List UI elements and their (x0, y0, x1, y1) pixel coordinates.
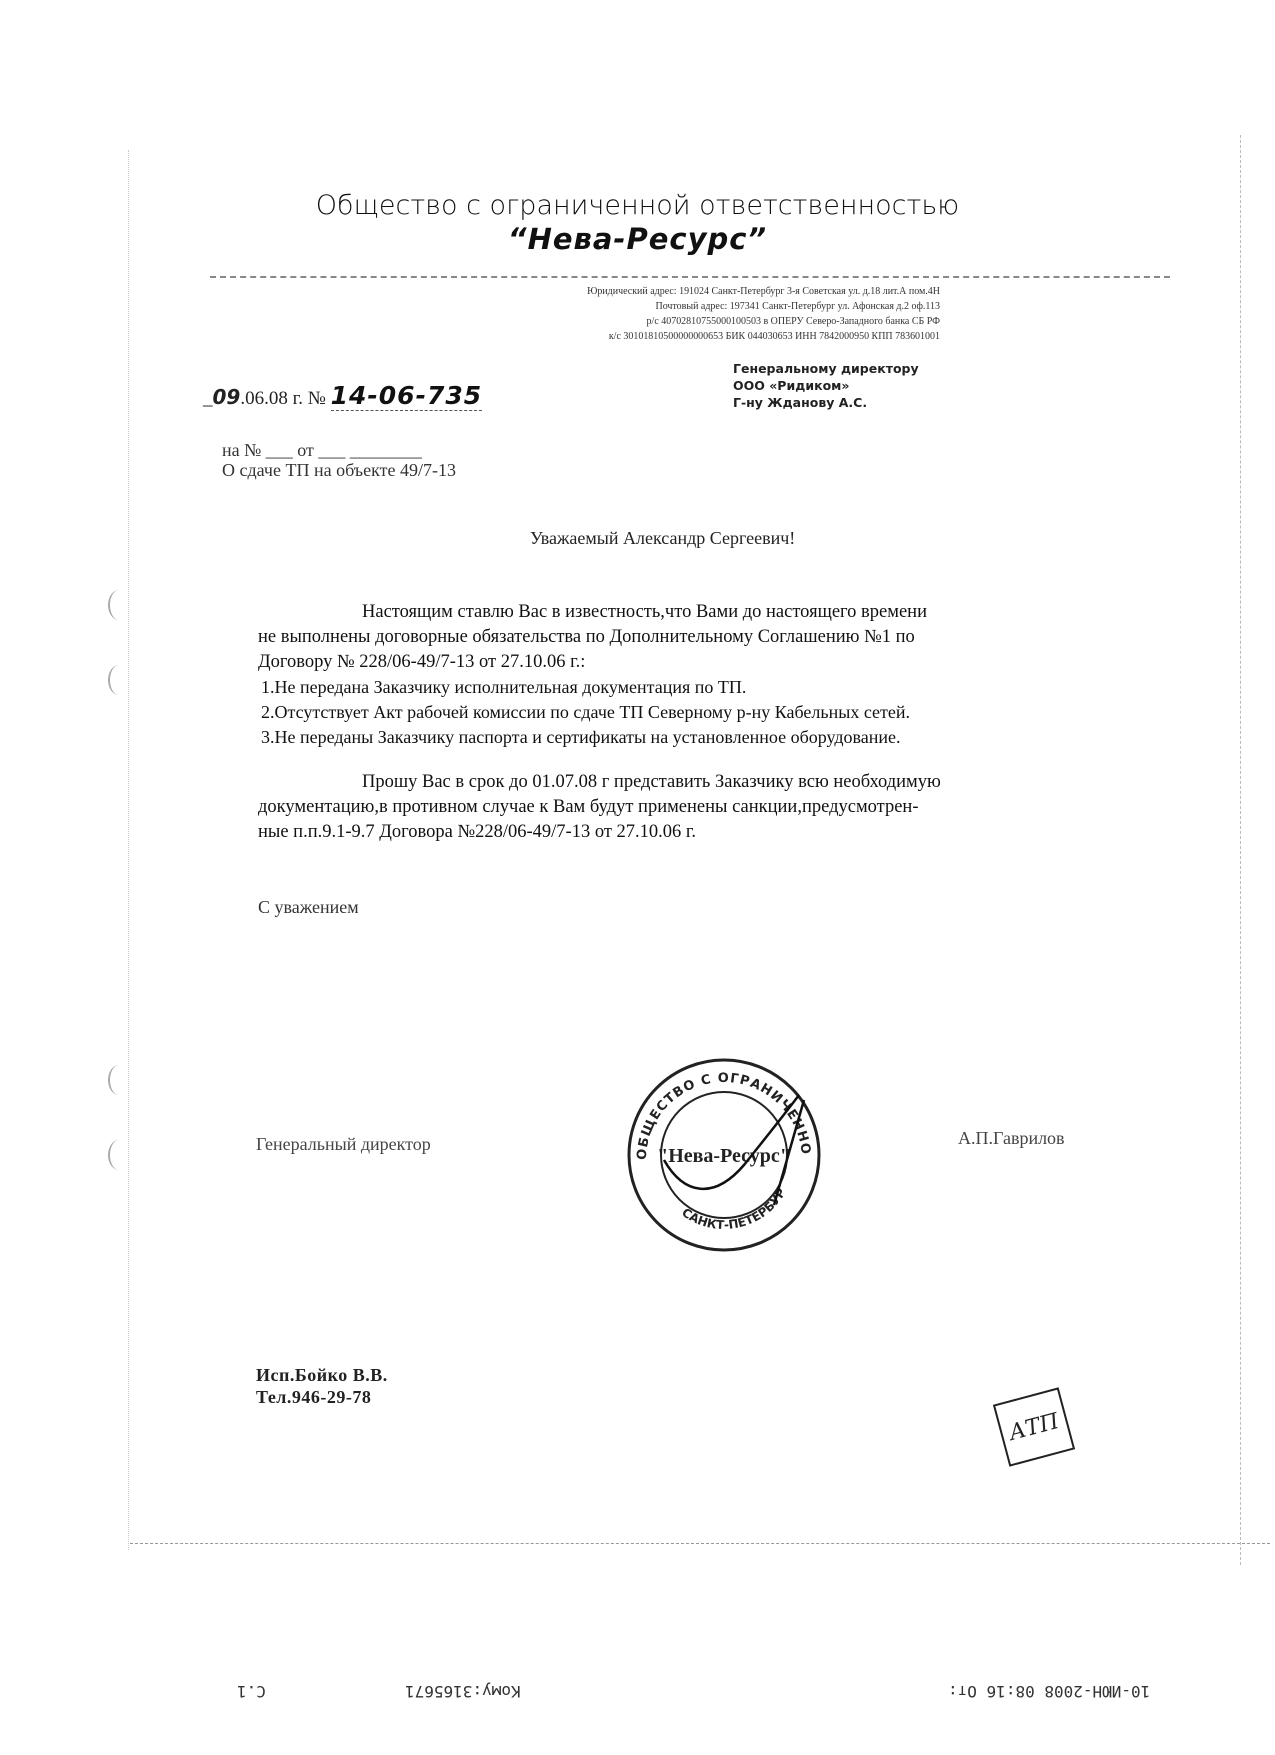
salutation: Уважаемый Александр Сергеевич! (530, 528, 795, 549)
paragraph-line: ные п.п.9.1-9.7 Договора №228/06-49/7-13… (258, 820, 1038, 845)
page-bottom-edge (130, 1543, 1270, 1544)
punch-hole-mark (108, 665, 130, 695)
addressee-company: ООО «Ридиком» (733, 377, 919, 394)
scan-margin-line (1240, 135, 1241, 1565)
issues-list: 1.Не передана Заказчику исполнительная д… (261, 675, 910, 750)
fax-transmission-footer: С.1 Кому:3165671 10-ИЮН-2008 08:16 От: (0, 1682, 1275, 1706)
paragraph-line: Прошу Вас в срок до 01.07.08 г представи… (258, 770, 1038, 795)
issue-item: 1.Не передана Заказчику исполнительная д… (261, 675, 910, 700)
scan-margin-line (128, 150, 129, 1550)
punch-hole-mark (108, 1140, 130, 1170)
registration-mark: АТП (993, 1387, 1075, 1466)
paragraph-line: не выполнены договорные обязательства по… (258, 625, 1038, 650)
company-seal-stamp: ОБЩЕСТВО С ОГРАНИЧЕННОЙ ОТВЕТСТВЕННОСТЬЮ… (624, 1055, 824, 1255)
issue-item: 2.Отсутствует Акт рабочей комиссии по сд… (261, 700, 910, 725)
reference-line: на № ___ от ___ ________ (222, 440, 422, 460)
letterhead-company-name: “Нева-Ресурс” (0, 222, 1275, 256)
punch-hole-mark (108, 590, 130, 620)
executor-phone: Тел.946-29-78 (256, 1386, 388, 1408)
closing: С уважением (258, 897, 359, 918)
paragraph-line: Договору № 228/06-49/7-13 от 27.10.06 г.… (258, 650, 1038, 675)
addressee-block: Генеральному директору ООО «Ридиком» Г-н… (733, 360, 919, 411)
letterhead-organization: Общество с ограниченной ответственностью (0, 190, 1275, 221)
fax-recipient: Кому:3165671 (405, 1682, 521, 1701)
paragraph-line: Настоящим ставлю Вас в известность,что В… (258, 600, 1038, 625)
issue-item: 3.Не переданы Заказчику паспорта и серти… (261, 725, 910, 750)
postal-address: Почтовый адрес: 197341 Санкт-Петербург у… (408, 299, 940, 314)
paragraph-notice: Настоящим ставлю Вас в известность,что В… (258, 600, 1038, 675)
bank-account: р/с 40702810755000100503 в ОПЕРУ Северо-… (408, 314, 940, 329)
outgoing-number: 14-06-735 (331, 381, 483, 411)
letter-subject: О сдаче ТП на объекте 49/7-13 (222, 460, 456, 481)
stamp-center-text: "Нева-Ресурс" (657, 1145, 791, 1167)
bank-details: к/с 30101810500000000653 БИК 044030653 И… (408, 329, 940, 344)
paragraph-request: Прошу Вас в срок до 01.07.08 г представи… (258, 770, 1038, 845)
outgoing-day: 09 (213, 385, 241, 409)
fax-page-number: С.1 (237, 1682, 266, 1701)
signatory-title: Генеральный директор (256, 1134, 431, 1155)
executor-block: Исп.Бойко В.В. Тел.946-29-78 (256, 1364, 388, 1408)
addressee-name: Г-ну Жданову А.С. (733, 394, 919, 411)
addressee-position: Генеральному директору (733, 360, 919, 377)
letterhead-divider (210, 276, 1170, 278)
outgoing-date-number: _09.06.08 г. № 14-06-735 (203, 381, 482, 410)
signatory-name: А.П.Гаврилов (958, 1128, 1065, 1149)
executor-name: Исп.Бойко В.В. (256, 1364, 388, 1386)
legal-address: Юридический адрес: 191024 Санкт-Петербур… (408, 284, 940, 299)
letterhead-requisites: Юридический адрес: 191024 Санкт-Петербур… (408, 284, 940, 344)
paragraph-line: документацию,в противном случае к Вам бу… (258, 795, 1038, 820)
outgoing-date: .06.08 г. № (240, 388, 326, 409)
punch-hole-mark (108, 1065, 130, 1095)
fax-datetime: 10-ИЮН-2008 08:16 От: (948, 1682, 1150, 1701)
